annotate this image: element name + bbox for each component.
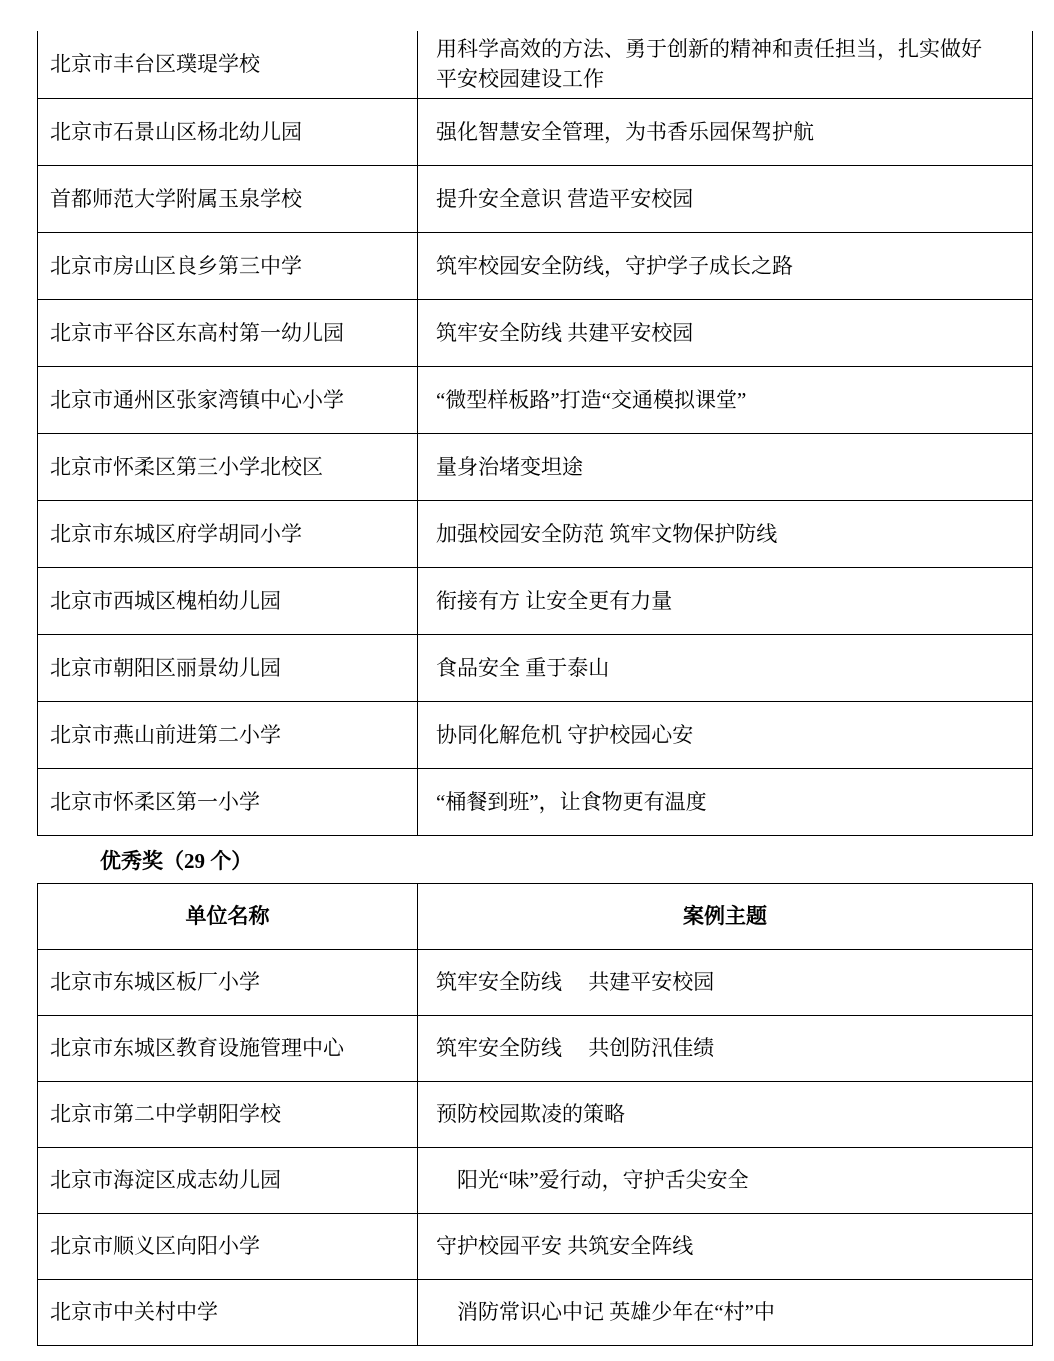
case-theme-cell: “桶餐到班”，让食物更有温度	[418, 768, 1033, 835]
unit-name-cell: 北京市东城区板厂小学	[38, 949, 418, 1015]
case-theme-cell: 筑牢安全防线 共创防汛佳绩	[418, 1015, 1033, 1081]
case-theme-header: 案例主题	[418, 883, 1033, 949]
case-theme-cell: 协同化解危机 守护校园心安	[418, 701, 1033, 768]
case-theme-cell: 加强校园安全防范 筑牢文物保护防线	[418, 500, 1033, 567]
unit-name-cell: 北京市怀柔区第三小学北校区	[38, 433, 418, 500]
unit-name-cell: 北京市平谷区东高村第一幼儿园	[38, 299, 418, 366]
unit-name-cell: 北京市东城区教育设施管理中心	[38, 1015, 418, 1081]
table-row: 北京市中关村中学 消防常识心中记 英雄少年在“村”中	[38, 1279, 1033, 1345]
table-row: 北京市怀柔区第三小学北校区 量身治堵变坦途	[38, 433, 1033, 500]
case-theme-cell: 守护校园平安 共筑安全阵线	[418, 1213, 1033, 1279]
table-header-row: 单位名称 案例主题	[38, 883, 1033, 949]
table-row: 北京市东城区教育设施管理中心 筑牢安全防线 共创防汛佳绩	[38, 1015, 1033, 1081]
case-theme-cell: “微型样板路”打造“交通模拟课堂”	[418, 366, 1033, 433]
document-page: 北京市丰台区璞瑅学校 用科学高效的方法、勇于创新的精神和责任担当，扎实做好 平安…	[0, 0, 1054, 1361]
table-row: 北京市朝阳区丽景幼儿园 食品安全 重于泰山	[38, 634, 1033, 701]
table-row: 北京市顺义区向阳小学 守护校园平安 共筑安全阵线	[38, 1213, 1033, 1279]
unit-name-cell: 北京市通州区张家湾镇中心小学	[38, 366, 418, 433]
unit-name-cell: 北京市房山区良乡第三中学	[38, 232, 418, 299]
case-theme-cell: 衔接有方 让安全更有力量	[418, 567, 1033, 634]
case-theme-cell: 消防常识心中记 英雄少年在“村”中	[418, 1279, 1033, 1345]
table-row: 北京市房山区良乡第三中学 筑牢校园安全防线，守护学子成长之路	[38, 232, 1033, 299]
table-row: 北京市通州区张家湾镇中心小学 “微型样板路”打造“交通模拟课堂”	[38, 366, 1033, 433]
case-theme-cell: 提升安全意识 营造平安校园	[418, 165, 1033, 232]
case-theme-cell: 量身治堵变坦途	[418, 433, 1033, 500]
case-theme-cell: 阳光“味”爱行动，守护舌尖安全	[418, 1147, 1033, 1213]
unit-name-cell: 北京市丰台区璞瑅学校	[38, 31, 418, 98]
table-row: 北京市西城区槐柏幼儿园 衔接有方 让安全更有力量	[38, 567, 1033, 634]
unit-name-cell: 北京市第二中学朝阳学校	[38, 1081, 418, 1147]
case-theme-cell: 筑牢校园安全防线，守护学子成长之路	[418, 232, 1033, 299]
unit-name-cell: 北京市东城区府学胡同小学	[38, 500, 418, 567]
table-row: 北京市平谷区东高村第一幼儿园 筑牢安全防线 共建平安校园	[38, 299, 1033, 366]
case-theme-cell: 预防校园欺凌的策略	[418, 1081, 1033, 1147]
table-row: 北京市怀柔区第一小学 “桶餐到班”，让食物更有温度	[38, 768, 1033, 835]
unit-name-cell: 北京市顺义区向阳小学	[38, 1213, 418, 1279]
table-row: 北京市东城区板厂小学 筑牢安全防线 共建平安校园	[38, 949, 1033, 1015]
excellence-award-heading: 优秀奖（29 个）	[100, 849, 1054, 873]
unit-name-cell: 北京市石景山区杨北幼儿园	[38, 98, 418, 165]
unit-name-cell: 北京市中关村中学	[38, 1279, 418, 1345]
table-row: 首都师范大学附属玉泉学校 提升安全意识 营造平安校园	[38, 165, 1033, 232]
case-theme-cell: 筑牢安全防线 共建平安校园	[418, 299, 1033, 366]
unit-name-cell: 首都师范大学附属玉泉学校	[38, 165, 418, 232]
table-row: 北京市丰台区璞瑅学校 用科学高效的方法、勇于创新的精神和责任担当，扎实做好 平安…	[38, 31, 1033, 98]
unit-name-cell: 北京市海淀区成志幼儿园	[38, 1147, 418, 1213]
unit-name-cell: 北京市燕山前进第二小学	[38, 701, 418, 768]
table-row: 北京市第二中学朝阳学校 预防校园欺凌的策略	[38, 1081, 1033, 1147]
unit-name-cell: 北京市朝阳区丽景幼儿园	[38, 634, 418, 701]
unit-name-header: 单位名称	[38, 883, 418, 949]
unit-name-cell: 北京市怀柔区第一小学	[38, 768, 418, 835]
case-theme-cell: 用科学高效的方法、勇于创新的精神和责任担当，扎实做好 平安校园建设工作	[418, 31, 1033, 98]
unit-name-cell: 北京市西城区槐柏幼儿园	[38, 567, 418, 634]
excellence-award-table: 单位名称 案例主题 北京市东城区板厂小学 筑牢安全防线 共建平安校园 北京市东城…	[37, 883, 1033, 1346]
case-theme-cell: 筑牢安全防线 共建平安校园	[418, 949, 1033, 1015]
table-row: 北京市海淀区成志幼儿园 阳光“味”爱行动，守护舌尖安全	[38, 1147, 1033, 1213]
case-theme-cell: 食品安全 重于泰山	[418, 634, 1033, 701]
case-theme-cell: 强化智慧安全管理，为书香乐园保驾护航	[418, 98, 1033, 165]
table-row: 北京市石景山区杨北幼儿园 强化智慧安全管理，为书香乐园保驾护航	[38, 98, 1033, 165]
table-row: 北京市东城区府学胡同小学 加强校园安全防范 筑牢文物保护防线	[38, 500, 1033, 567]
award-table-continued: 北京市丰台区璞瑅学校 用科学高效的方法、勇于创新的精神和责任担当，扎实做好 平安…	[37, 31, 1033, 836]
table-row: 北京市燕山前进第二小学 协同化解危机 守护校园心安	[38, 701, 1033, 768]
